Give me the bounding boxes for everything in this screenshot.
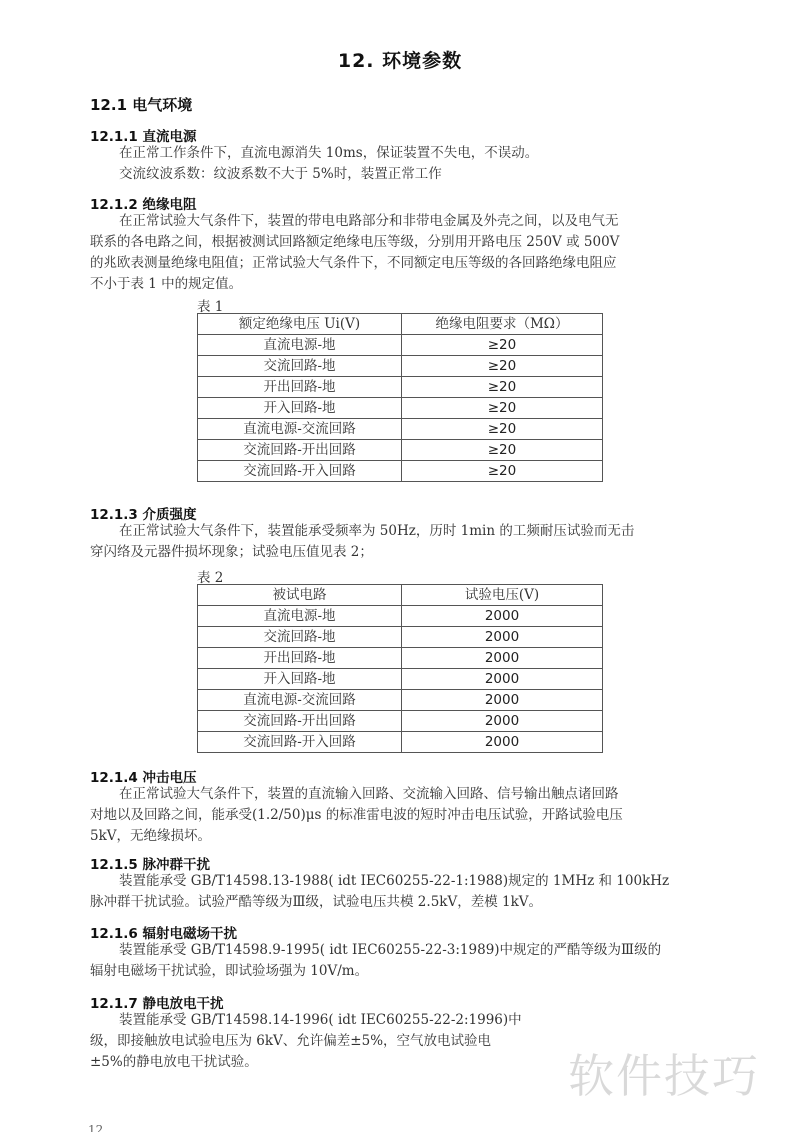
- text-line: ±5%的静电放电干扰试验。: [90, 1052, 570, 1073]
- text-line: 联系的各电路之间，根据被测试回路额定绝缘电压等级，分别用开路电压 250V 或 …: [90, 232, 712, 253]
- page-number: 12: [88, 1123, 103, 1132]
- subsection-heading-12-1-6: 12.1.6 辐射电磁场干扰: [90, 922, 237, 942]
- text-line: 装置能承受 GB/T14598.14-1996( idt IEC60255-22…: [90, 1010, 570, 1031]
- value-cell: 2000: [402, 669, 603, 690]
- circuit-cell: 直流电源-交流回路: [198, 690, 402, 711]
- table-row: 交流回路-开出回路 2000: [198, 711, 603, 732]
- table-row: 交流回路-开入回路 ≥20: [198, 461, 603, 482]
- paragraph-radiated-em-field: 装置能承受 GB/T14598.9-1995( idt IEC60255-22-…: [90, 940, 712, 982]
- table-row: 开入回路-地 ≥20: [198, 398, 603, 419]
- subsection-heading-12-1-3: 12.1.3 介质强度: [90, 503, 197, 523]
- circuit-cell: 直流电源-地: [198, 606, 402, 627]
- subsection-heading-12-1-2: 12.1.2 绝缘电阻: [90, 193, 197, 213]
- document-page: 12. 环境参数 12.1 电气环境 12.1.1 直流电源 在正常工作条件下，…: [0, 0, 800, 1132]
- value-cell: ≥20: [402, 461, 603, 482]
- table-test-voltage: 被试电路 试验电压(V) 直流电源-地 2000 交流回路-地 2000 开出回…: [197, 584, 603, 753]
- circuit-cell: 交流回路-开出回路: [198, 440, 402, 461]
- text-line: 在正常试验大气条件下，装置能承受频率为 50Hz，历时 1min 的工频耐压试验…: [90, 521, 712, 542]
- table-header-row: 被试电路 试验电压(V): [198, 585, 603, 606]
- text-line: 在正常试验大气条件下，装置的带电电路部分和非带电金属及外壳之间，以及电气无: [90, 211, 712, 232]
- circuit-cell: 直流电源-地: [198, 335, 402, 356]
- value-cell: 2000: [402, 711, 603, 732]
- table-row: 直流电源-交流回路 2000: [198, 690, 603, 711]
- value-cell: ≥20: [402, 440, 603, 461]
- value-cell: ≥20: [402, 419, 603, 440]
- table-row: 交流回路-地 ≥20: [198, 356, 603, 377]
- text-line: 5kV，无绝缘损坏。: [90, 826, 712, 847]
- chapter-title: 12. 环境参数: [0, 46, 800, 73]
- value-cell: 2000: [402, 606, 603, 627]
- paragraph-dielectric-strength: 在正常试验大气条件下，装置能承受频率为 50Hz，历时 1min 的工频耐压试验…: [90, 521, 712, 563]
- circuit-cell: 交流回路-地: [198, 356, 402, 377]
- table-row: 交流回路-开出回路 ≥20: [198, 440, 603, 461]
- text-line: 装置能承受 GB/T14598.9-1995( idt IEC60255-22-…: [90, 940, 712, 961]
- table-row: 交流回路-地 2000: [198, 627, 603, 648]
- table-row: 交流回路-开入回路 2000: [198, 732, 603, 753]
- text-line: 脉冲群干扰试验。试验严酷等级为Ⅲ级，试验电压共模 2.5kV，差模 1kV。: [90, 892, 712, 913]
- section-heading-12-1: 12.1 电气环境: [90, 94, 192, 115]
- subsection-heading-12-1-7: 12.1.7 静电放电干扰: [90, 992, 224, 1012]
- table-2-caption: 表 2: [197, 566, 223, 586]
- subsection-heading-12-1-1: 12.1.1 直流电源: [90, 125, 197, 145]
- paragraph-insulation-resistance: 在正常试验大气条件下，装置的带电电路部分和非带电金属及外壳之间，以及电气无 联系…: [90, 211, 712, 295]
- circuit-cell: 开出回路-地: [198, 648, 402, 669]
- text-line: 级，即接触放电试验电压为 6kV、允许偏差±5%，空气放电试验电: [90, 1031, 570, 1052]
- column-header: 试验电压(V): [402, 585, 603, 606]
- paragraph-impulse-voltage: 在正常试验大气条件下，装置的直流输入回路、交流输入回路、信号输出触点诸回路 对地…: [90, 784, 712, 847]
- text-line: 不小于表 1 中的规定值。: [90, 274, 712, 295]
- column-header: 绝缘电阻要求（MΩ）: [402, 314, 603, 335]
- table-header-row: 额定绝缘电压 Ui(V) 绝缘电阻要求（MΩ）: [198, 314, 603, 335]
- text-line: 对地以及回路之间，能承受(1.2/50)μs 的标准雷电波的短时冲击电压试验，开…: [90, 805, 712, 826]
- text-line: 的兆欧表测量绝缘电阻值；正常试验大气条件下，不同额定电压等级的各回路绝缘电阻应: [90, 253, 712, 274]
- value-cell: 2000: [402, 690, 603, 711]
- paragraph-esd-interference: 装置能承受 GB/T14598.14-1996( idt IEC60255-22…: [90, 1010, 570, 1073]
- value-cell: 2000: [402, 627, 603, 648]
- text-line: 交流纹波系数：纹波系数不大于 5%时，装置正常工作: [90, 164, 712, 185]
- circuit-cell: 交流回路-开入回路: [198, 461, 402, 482]
- value-cell: ≥20: [402, 335, 603, 356]
- text-line: 穿闪络及元器件损坏现象；试验电压值见表 2；: [90, 542, 712, 563]
- table-row: 开入回路-地 2000: [198, 669, 603, 690]
- text-line: 在正常工作条件下，直流电源消失 10ms，保证装置不失电，不误动。: [90, 143, 712, 164]
- watermark-text: 软件技巧: [568, 1040, 760, 1106]
- circuit-cell: 直流电源-交流回路: [198, 419, 402, 440]
- value-cell: 2000: [402, 648, 603, 669]
- value-cell: 2000: [402, 732, 603, 753]
- value-cell: ≥20: [402, 356, 603, 377]
- paragraph-dc-power: 在正常工作条件下，直流电源消失 10ms，保证装置不失电，不误动。 交流纹波系数…: [90, 143, 712, 185]
- text-line: 装置能承受 GB/T14598.13-1988( idt IEC60255-22…: [90, 871, 712, 892]
- subsection-heading-12-1-5: 12.1.5 脉冲群干扰: [90, 853, 210, 873]
- table-row: 直流电源-地 2000: [198, 606, 603, 627]
- table-row: 开出回路-地 ≥20: [198, 377, 603, 398]
- paragraph-burst-interference: 装置能承受 GB/T14598.13-1988( idt IEC60255-22…: [90, 871, 712, 913]
- table-row: 开出回路-地 2000: [198, 648, 603, 669]
- circuit-cell: 开出回路-地: [198, 377, 402, 398]
- column-header: 被试电路: [198, 585, 402, 606]
- table-1-caption: 表 1: [197, 295, 223, 315]
- circuit-cell: 开入回路-地: [198, 669, 402, 690]
- value-cell: ≥20: [402, 398, 603, 419]
- circuit-cell: 交流回路-开出回路: [198, 711, 402, 732]
- text-line: 在正常试验大气条件下，装置的直流输入回路、交流输入回路、信号输出触点诸回路: [90, 784, 712, 805]
- circuit-cell: 交流回路-地: [198, 627, 402, 648]
- value-cell: ≥20: [402, 377, 603, 398]
- column-header: 额定绝缘电压 Ui(V): [198, 314, 402, 335]
- circuit-cell: 开入回路-地: [198, 398, 402, 419]
- text-line: 辐射电磁场干扰试验，即试验场强为 10V/m。: [90, 961, 712, 982]
- table-insulation-resistance: 额定绝缘电压 Ui(V) 绝缘电阻要求（MΩ） 直流电源-地 ≥20 交流回路-…: [197, 313, 603, 482]
- table-row: 直流电源-交流回路 ≥20: [198, 419, 603, 440]
- table-row: 直流电源-地 ≥20: [198, 335, 603, 356]
- subsection-heading-12-1-4: 12.1.4 冲击电压: [90, 766, 197, 786]
- circuit-cell: 交流回路-开入回路: [198, 732, 402, 753]
